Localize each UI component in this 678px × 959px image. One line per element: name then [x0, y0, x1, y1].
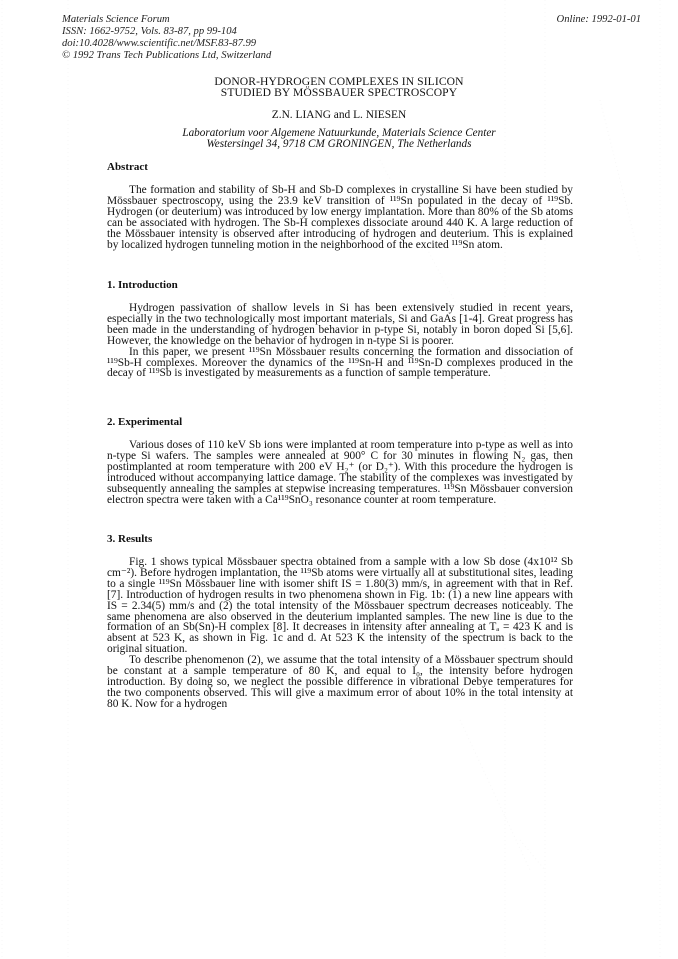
- paper-title: DONOR-HYDROGEN COMPLEXES IN SILICON STUD…: [0, 76, 678, 98]
- title-line-2: STUDIED BY MÖSSBAUER SPECTROSCOPY: [0, 87, 678, 98]
- affiliation-line-2: Westersingel 34, 9718 CM GRONINGEN, The …: [0, 139, 678, 150]
- abstract-heading: Abstract: [107, 161, 573, 173]
- results-heading: 3. Results: [107, 533, 573, 545]
- doi-link[interactable]: doi:10.4028/www.scientific.net/MSF.83-87…: [62, 38, 271, 50]
- copyright: © 1992 Trans Tech Publications Ltd, Swit…: [62, 50, 271, 62]
- authors: Z.N. LIANG and L. NIESEN: [0, 109, 678, 121]
- publication-info: Materials Science Forum ISSN: 1662-9752,…: [62, 14, 271, 62]
- introduction-paragraph-2: In this paper, we present ¹¹⁹Sn Mössbaue…: [107, 347, 573, 380]
- online-date: Online: 1992-01-01: [557, 14, 641, 26]
- results-section: 3. Results Fig. 1 shows typical Mössbaue…: [107, 533, 573, 710]
- issn-volume: ISSN: 1662-9752, Vols. 83-87, pp 99-104: [62, 26, 271, 38]
- abstract-section: Abstract The formation and stability of …: [107, 161, 573, 250]
- journal-name: Materials Science Forum: [62, 14, 271, 26]
- introduction-heading: 1. Introduction: [107, 279, 573, 291]
- experimental-section: 2. Experimental Various doses of 110 keV…: [107, 416, 573, 505]
- abstract-text: The formation and stability of Sb-H and …: [107, 185, 573, 250]
- results-paragraph-1: Fig. 1 shows typical Mössbauer spectra o…: [107, 557, 573, 655]
- experimental-paragraph-1: Various doses of 110 keV Sb ions were im…: [107, 440, 573, 505]
- introduction-section: 1. Introduction Hydrogen passivation of …: [107, 279, 573, 379]
- experimental-heading: 2. Experimental: [107, 416, 573, 428]
- affiliation: Laboratorium voor Algemene Natuurkunde, …: [0, 128, 678, 150]
- introduction-paragraph-1: Hydrogen passivation of shallow levels i…: [107, 303, 573, 347]
- results-paragraph-2: To describe phenomenon (2), we assume th…: [107, 655, 573, 710]
